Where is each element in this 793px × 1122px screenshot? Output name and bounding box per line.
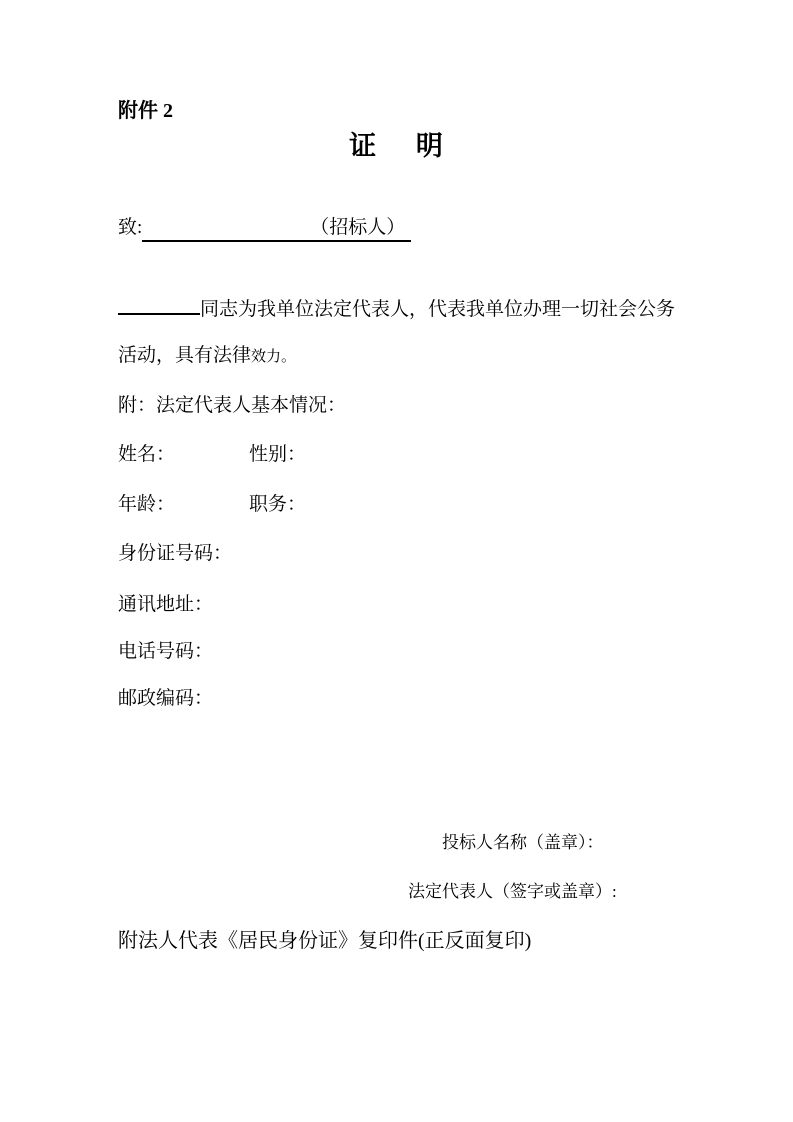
legal-effect-small-text: 效力。 — [251, 349, 296, 365]
field-label-name: 姓名： — [118, 439, 249, 466]
recipient-underlined-group: （招标人） — [142, 212, 411, 242]
field-row-age-position: 年龄：职务： — [118, 489, 306, 516]
field-label-gender: 性别： — [249, 444, 306, 465]
declaration-paragraph: 同志为我单位法定代表人，代表我单位办理一切社会公务 活动，具有法律效力。 — [118, 287, 675, 380]
declaration-line1-text: 同志为我单位法定代表人，代表我单位办理一切社会公务 — [200, 299, 675, 320]
field-label-age: 年龄： — [118, 489, 249, 516]
field-row-id-number: 身份证号码： — [118, 538, 232, 565]
recipient-blank-underline — [142, 232, 310, 233]
field-row-mailing-address: 通讯地址： — [118, 589, 213, 616]
document-title: 证 明 — [0, 124, 793, 163]
field-label-phone-number: 电话号码： — [118, 641, 213, 662]
declaration-line2: 活动，具有法律效力。 — [118, 333, 675, 380]
name-blank-underline — [118, 311, 200, 315]
basic-info-heading: 附：法定代表人基本情况： — [118, 390, 346, 417]
field-label-postal-code: 邮政编码： — [118, 688, 213, 709]
recipient-name: （招标人） — [310, 217, 405, 238]
declaration-line1: 同志为我单位法定代表人，代表我单位办理一切社会公务 — [118, 287, 675, 333]
to-line: 致:（招标人） — [118, 212, 411, 242]
field-row-postal-code: 邮政编码： — [118, 683, 213, 710]
document-page: 附件 2 证 明 致:（招标人） 同志为我单位法定代表人，代表我单位办理一切社会… — [0, 0, 793, 1122]
field-label-position: 职务： — [249, 494, 306, 515]
field-row-phone-number: 电话号码： — [118, 636, 213, 663]
to-prefix: 致: — [118, 217, 142, 238]
field-label-id-number: 身份证号码： — [118, 543, 232, 564]
id-copy-note: 附法人代表《居民身份证》复印件(正反面复印) — [118, 924, 531, 953]
declaration-line2-text: 活动，具有法律 — [118, 345, 251, 366]
field-label-mailing-address: 通讯地址： — [118, 594, 213, 615]
bidder-seal-line: 投标人名称（盖章）： — [442, 828, 604, 853]
attachment-label: 附件 2 — [118, 94, 173, 123]
field-row-name-gender: 姓名：性别： — [118, 439, 306, 466]
legal-rep-signature-line: 法定代表人（签字或盖章）: — [408, 877, 617, 902]
